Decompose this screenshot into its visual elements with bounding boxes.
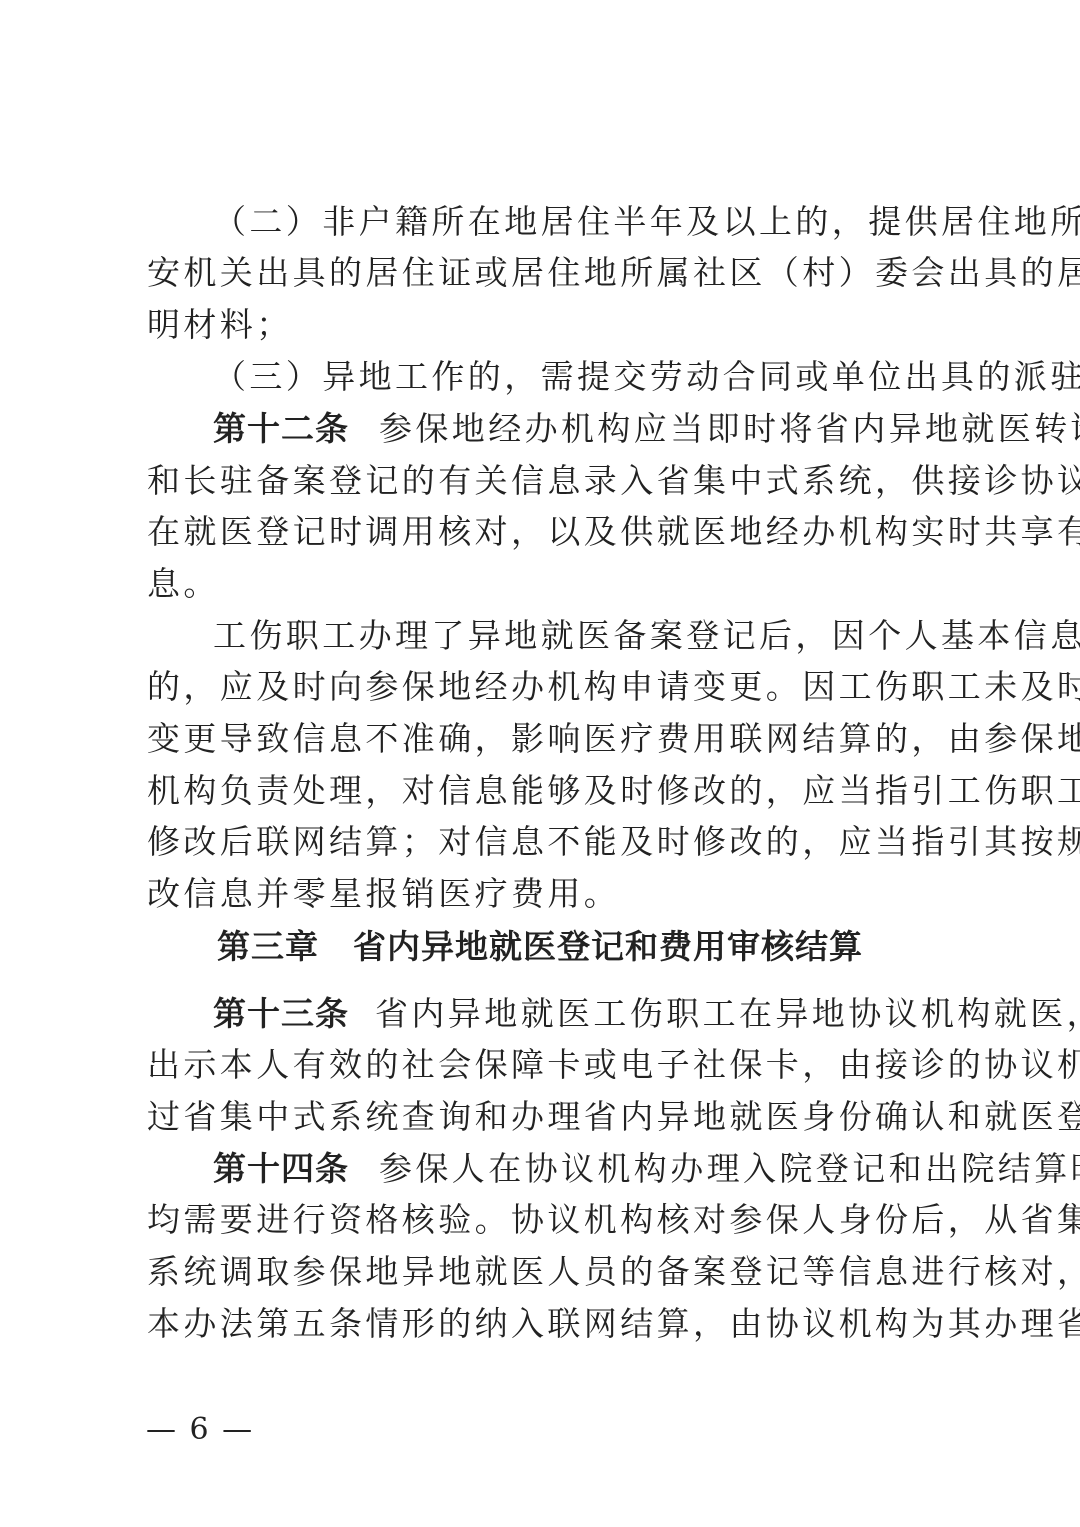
article-12-first-line: 第十二条参保地经办机构应当即时将省内异地就医转诊 <box>213 409 944 449</box>
paragraph-line: 工伤职工办理了异地就医备案登记后，因个人基本信息变更 <box>213 616 944 656</box>
paragraph-line: 变更导致信息不准确，影响医疗费用联网结算的，由参保地经办 <box>147 719 944 759</box>
paragraph-line: 的，应及时向参保地经办机构申请变更。因工伤职工未及时申请 <box>147 667 944 707</box>
paragraph-text: 参保人在协议机构办理入院登记和出院结算时 <box>379 1149 1080 1188</box>
paragraph-line: 过省集中式系统查询和办理省内异地就医身份确认和就医登记。 <box>147 1097 944 1137</box>
document-page: （二）非户籍所在地居住半年及以上的，提供居住地所属公 安机关出具的居住证或居住地… <box>0 0 1080 1527</box>
paragraph-line: 在就医登记时调用核对，以及供就医地经办机构实时共享有关信 <box>147 512 944 552</box>
paragraph-text: 省内异地就医工伤职工在异地协议机构就医，应 <box>375 994 1080 1033</box>
article-14-first-line: 第十四条参保人在协议机构办理入院登记和出院结算时 <box>213 1149 944 1189</box>
paragraph-line: （三）异地工作的，需提交劳动合同或单位出具的派驻证明。 <box>213 357 944 397</box>
paragraph-line: 修改后联网结算；对信息不能及时修改的，应当指引其按规定修 <box>147 822 944 862</box>
page-number: — 6 — <box>146 1413 254 1447</box>
paragraph-line: 系统调取参保地异地就医人员的备案登记等信息进行核对，符合 <box>147 1252 944 1292</box>
chapter-title: 第三章 省内异地就医登记和费用审核结算 <box>0 927 1080 967</box>
article-heading: 第十四条 <box>213 1149 349 1188</box>
paragraph-line: 安机关出具的居住证或居住地所属社区（村）委会出具的居住证 <box>147 253 944 293</box>
paragraph-line: 机构负责处理，对信息能够及时修改的，应当指引工伤职工现场 <box>147 771 944 811</box>
paragraph-line: 息。 <box>147 564 944 604</box>
paragraph-line: 出示本人有效的社会保障卡或电子社保卡，由接诊的协议机构通 <box>147 1045 944 1085</box>
article-heading: 第十三条 <box>213 994 349 1033</box>
paragraph-line: 明材料； <box>147 305 944 345</box>
paragraph-line: 本办法第五条情形的纳入联网结算，由协议机构为其办理省内异 <box>147 1304 944 1344</box>
paragraph-line: 和长驻备案登记的有关信息录入省集中式系统，供接诊协议机构 <box>147 461 944 501</box>
paragraph-line: （二）非户籍所在地居住半年及以上的，提供居住地所属公 <box>213 202 944 242</box>
article-heading: 第十二条 <box>213 409 349 448</box>
paragraph-text: 参保地经办机构应当即时将省内异地就医转诊 <box>379 409 1080 448</box>
paragraph-line: 均需要进行资格核验。协议机构核对参保人身份后，从省集中式 <box>147 1200 944 1240</box>
paragraph-line: 改信息并零星报销医疗费用。 <box>147 874 944 914</box>
article-13-first-line: 第十三条省内异地就医工伤职工在异地协议机构就医，应 <box>213 994 944 1034</box>
